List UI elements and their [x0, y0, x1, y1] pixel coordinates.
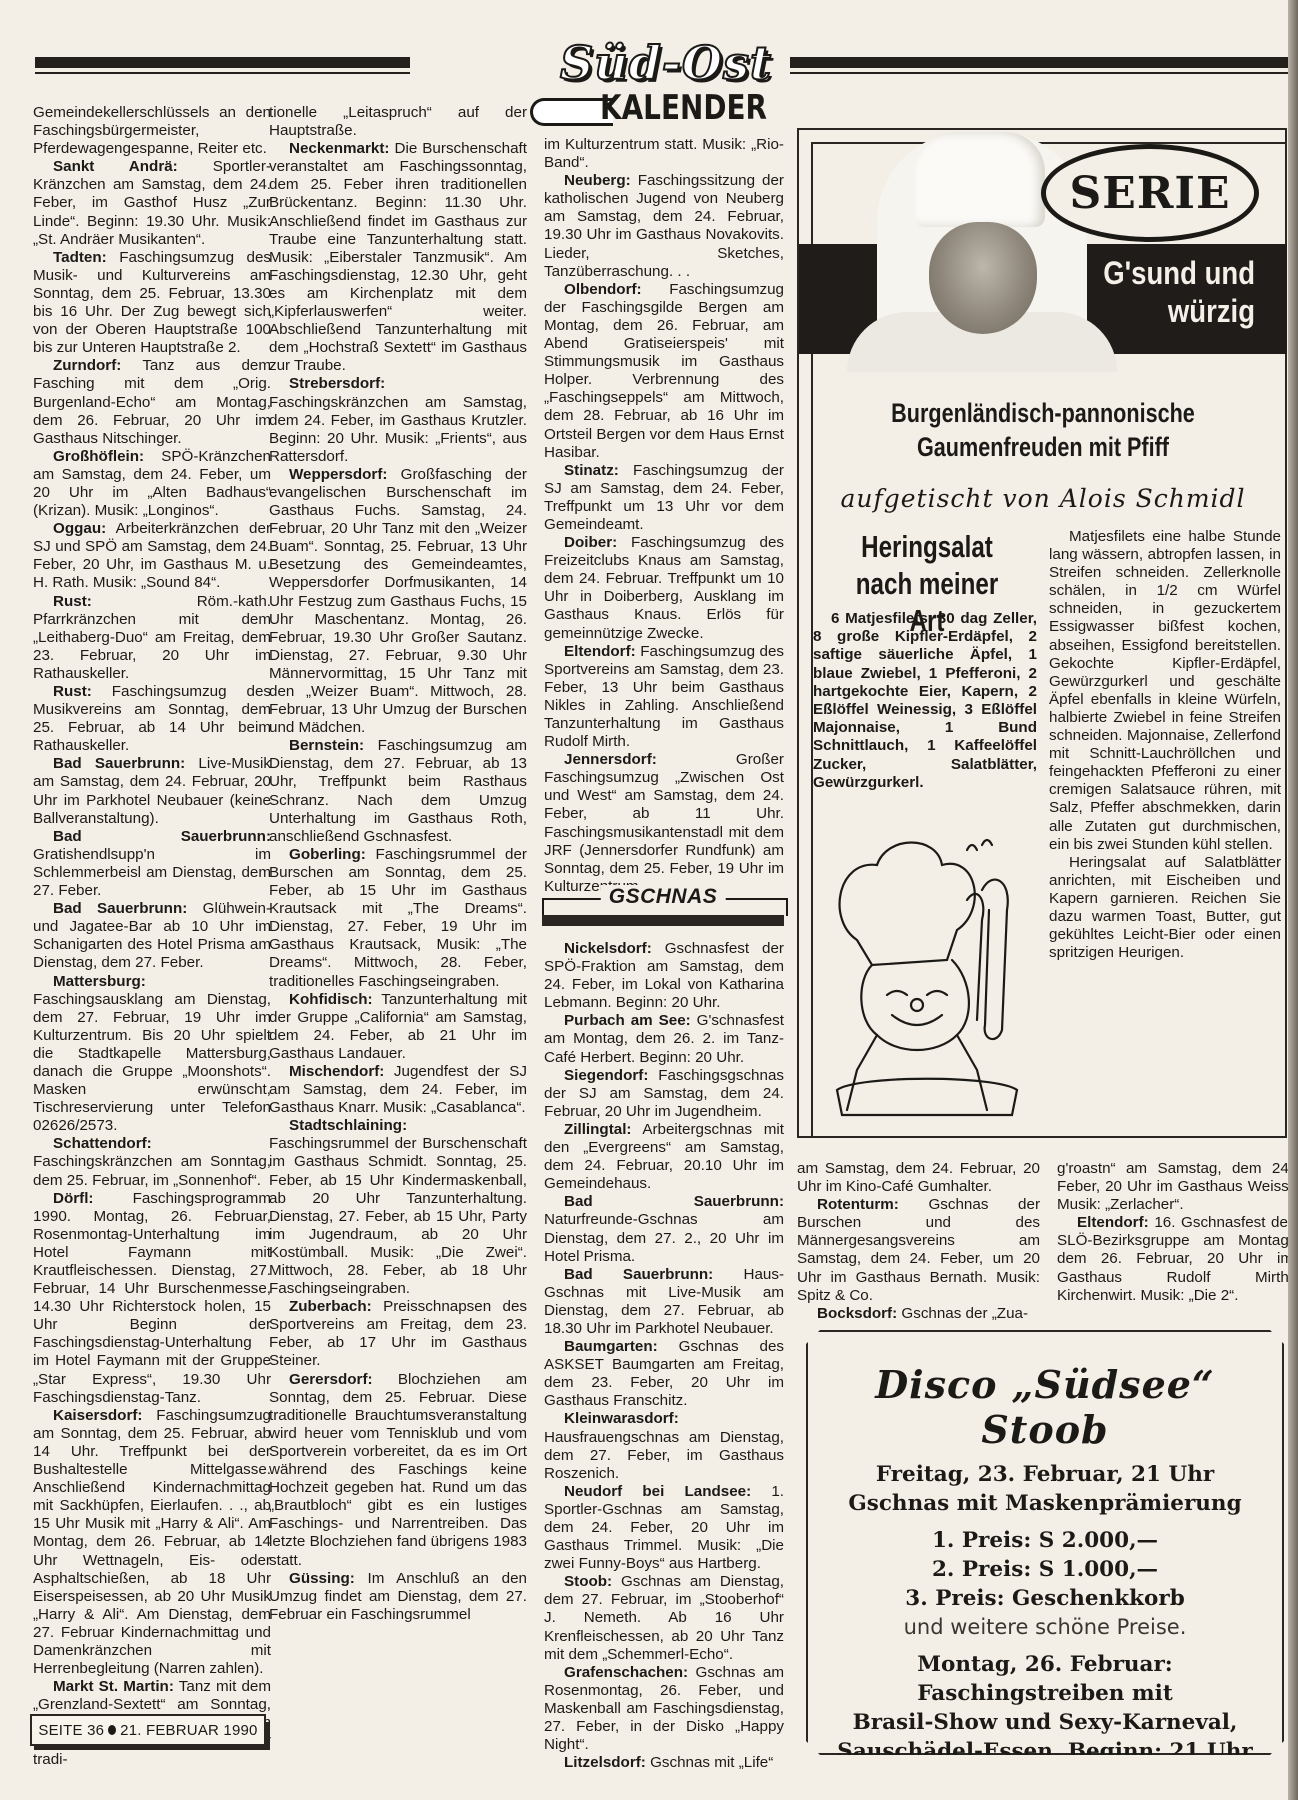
listing-entry: Mischendorf: Jugendfest der SJ am Samsta… — [269, 1063, 527, 1117]
ad-line: Faschingstreiben mit — [808, 1679, 1282, 1708]
listing-entry: Neckenmarkt: Die Burschenschaft veransta… — [269, 140, 527, 375]
listing-entry: Siegendorf: Faschingsgschnas der SJ am S… — [544, 1067, 784, 1121]
ad-line: Brasil-Show und Sexy-Karneval, — [808, 1708, 1282, 1737]
ad-prize: 1. Preis: S 2.000,— — [808, 1526, 1282, 1555]
masthead-rule-right — [790, 57, 1298, 74]
place-name: Strebersdorf: — [289, 375, 385, 392]
place-name: Mattersburg: — [53, 973, 146, 990]
dish-title-line-1: Heringsalat — [841, 528, 1013, 565]
place-name: Siegendorf: — [564, 1067, 648, 1084]
listing-entry: Sankt Andrä: Sportler-Kränzchen am Samst… — [33, 158, 271, 248]
listing-entry: Grafenschachen: Gschnas am Rosenmontag, … — [544, 1664, 784, 1754]
place-name: Zurndorf: — [53, 357, 121, 374]
listing-entry: Baumgarten: Gschnas des ASKSET Baumgarte… — [544, 1338, 784, 1410]
listing-entry: Bad Sauerbrunn: Glühwein- und Jagatee-Ba… — [33, 900, 271, 972]
place-name: Baumgarten: — [564, 1338, 658, 1355]
column-1: Gemeindekellerschlüssels an den Fasching… — [33, 104, 271, 1769]
listing-entry: Zurndorf: Tanz aus dem Fasching mit dem … — [33, 357, 271, 447]
entry-text: Naturfreunde-Gschnas am Dienstag, dem 27… — [544, 1211, 784, 1264]
place-name: Großhöflein: — [53, 448, 144, 465]
ad-prize: 3. Preis: Geschenkkorb — [808, 1584, 1282, 1613]
bullet-icon — [108, 1725, 116, 1735]
listing-entry: Zillingtal: Arbeitergschnas mit den „Eve… — [544, 1121, 784, 1193]
place-name: Rust: — [53, 593, 92, 610]
listing-entry: Eltendorf: 16. Gschnasfest der SLÖ-Bezir… — [1057, 1214, 1293, 1304]
column-4-right: g'roastn“ am Samstag, dem 24. Feber, 20 … — [1057, 1160, 1293, 1305]
place-name: Stoob: — [564, 1573, 612, 1590]
entry-text: Faschingsausklang am Dienstag, dem 27. F… — [33, 991, 271, 1135]
listing-entry: Oggau: Arbeiterkränzchen der SJ und SPÖ … — [33, 520, 271, 592]
chef-cartoon-illustration — [817, 830, 1039, 1120]
listing-entry: Nickelsdorf: Gschnasfest der SPÖ-Fraktio… — [544, 940, 784, 1012]
listing-entry: Gerersdorf: Blochziehen am Sonntag, dem … — [269, 1371, 527, 1570]
place-name: Markt St. Martin: — [53, 1678, 174, 1695]
listing-entry: Bad Sauerbrunn: Gratishendlsupp'n im Sch… — [33, 828, 271, 900]
ad-title: Disco „Südsee“ Stoob — [808, 1362, 1282, 1452]
place-name: Sankt Andrä: — [53, 158, 178, 175]
listing-entry: Tadten: Faschingsumzug des Musik- und Ku… — [33, 249, 271, 358]
listing-entry: Weppersdorf: Großfasching der evangelisc… — [269, 466, 527, 737]
entry-text: Faschingsrummel der Burschen am Sonntag,… — [269, 846, 527, 990]
listing-entry: Olbendorf: Faschingsumzug der Faschingsg… — [544, 281, 784, 462]
entry-text: Gschnas mit „Life“ — [650, 1754, 773, 1771]
listing-entry: tionelle „Leitaspruch“ auf der Hauptstra… — [269, 104, 527, 140]
listing-entry: Neudorf bei Landsee: 1. Sportler-Gschnas… — [544, 1483, 784, 1573]
entry-text: Gemeindekellerschlüssels an den Fasching… — [33, 104, 271, 157]
ad-prize: 2. Preis: S 1.000,— — [808, 1555, 1282, 1584]
listing-entry: Goberling: Faschingsrummel der Burschen … — [269, 846, 527, 991]
listing-entry: Schattendorf: Faschingskränzchen am Sonn… — [33, 1135, 271, 1189]
listing-entry: Kaisersdorf: Faschingsumzug am Sonntag, … — [33, 1407, 271, 1678]
listing-entry: Kleinwarasdorf: Hausfrauengschnas am Die… — [544, 1410, 784, 1482]
listing-entry: Kohfidisch: Tanzunterhaltung mit der Gru… — [269, 991, 527, 1063]
issue-date: 21. FEBRUAR 1990 — [120, 1722, 257, 1739]
place-name: Bad Sauerbrunn: — [53, 755, 185, 772]
ingredients-text: 6 Matjesfilets, 30 dag Zeller, 8 große K… — [813, 610, 1037, 792]
entry-text: g'roastn“ am Samstag, dem 24. Feber, 20 … — [1057, 1160, 1293, 1213]
banner-line-1: G'sund und — [1083, 254, 1255, 292]
recipe-headline: Burgenländisch-pannonische Gaumenfreuden… — [848, 396, 1238, 464]
entry-text: im Kulturzentrum statt. Musik: „Rio-Band… — [544, 136, 784, 171]
column-4-left: am Samstag, dem 24. Februar, 20 Uhr im K… — [797, 1160, 1040, 1323]
place-name: Schattendorf: — [53, 1135, 152, 1152]
ad-more-prizes: und weitere schöne Preise. — [808, 1613, 1282, 1642]
place-name: Weppersdorf: — [289, 466, 387, 483]
entry-text: Gschnas der „Zua- — [901, 1305, 1028, 1322]
place-name: Kleinwarasdorf: — [564, 1410, 679, 1427]
place-name: Zillingtal: — [564, 1121, 632, 1138]
listing-entry: Gemeindekellerschlüssels an den Fasching… — [33, 104, 271, 158]
place-name: Gerersdorf: — [289, 1371, 373, 1388]
listing-entry: Zuberbach: Preisschnapsen des Sportverei… — [269, 1298, 527, 1370]
listing-entry: Litzelsdorf: Gschnas mit „Life“ — [544, 1754, 784, 1772]
place-name: Stinatz: — [564, 462, 619, 479]
place-name: Tadten: — [53, 249, 107, 266]
place-name: Bad Sauerbrunn: — [564, 1193, 784, 1210]
entry-text: Die Burschenschaft veranstaltet am Fasch… — [269, 140, 527, 374]
rule-thick — [790, 57, 1298, 68]
spacer — [808, 1518, 1282, 1526]
listing-entry: Rotenturm: Gschnas der Burschen und des … — [797, 1196, 1040, 1305]
listing-entry: Jennersdorf: Großer Faschingsumzug „Zwis… — [544, 751, 784, 896]
serie-stamp: SERIE — [1041, 144, 1259, 242]
gschnas-section-header: GSCHNAS — [542, 885, 784, 929]
place-name: Litzelsdorf: — [564, 1754, 646, 1771]
page-number: SEITE 36 — [38, 1722, 104, 1739]
entry-text: Faschingskränzchen am Samstag, dem 24. F… — [269, 394, 527, 465]
place-name: Nickelsdorf: — [564, 940, 652, 957]
entry-text: Gratishendlsupp'n im Schlemmerbeisl am D… — [33, 846, 271, 899]
listing-entry: Bernstein: Faschingsumzug am Dienstag, d… — [269, 737, 527, 846]
masthead-rule-left — [35, 57, 410, 74]
place-name: Bad Sauerbrunn: — [53, 900, 187, 917]
place-name: Mischendorf: — [289, 1063, 384, 1080]
place-name: Rotenturm: — [817, 1196, 899, 1213]
entry-text: Faschingsprogramm 1990. Montag, 26. Febr… — [33, 1190, 271, 1406]
header-shade-bar — [542, 915, 784, 926]
ad-line: Sauschädel-Essen. Beginn: 21 Uhr — [808, 1737, 1282, 1766]
disco-advertisement: Disco „Südsee“ Stoob Freitag, 23. Februa… — [806, 1330, 1284, 1755]
place-name: Bad Sauerbrunn: — [564, 1266, 713, 1283]
place-name: Bocksdorf: — [817, 1305, 897, 1322]
ad-line: Freitag, 23. Februar, 21 Uhr — [808, 1460, 1282, 1489]
place-name: Stadtschlaining: — [289, 1117, 407, 1134]
ad-line: Montag, 26. Februar: — [808, 1650, 1282, 1679]
banner-text: G'sund und würzig — [1083, 254, 1255, 330]
place-name: Neuberg: — [564, 172, 631, 189]
listing-entry: Großhöflein: SPÖ-Kränzchen am Samstag, d… — [33, 448, 271, 520]
listing-entry: Eltendorf: Faschingsumzug des Sportverei… — [544, 643, 784, 752]
listing-entry: Purbach am See: G'schnasfest am Montag, … — [544, 1012, 784, 1066]
rule-thin — [35, 72, 410, 74]
place-name: Neckenmarkt: — [289, 140, 389, 157]
place-name: Dörfl: — [53, 1190, 94, 1207]
place-name: Neudorf bei Landsee: — [564, 1483, 751, 1500]
headline-line-2: Gaumenfreuden mit Pfiff — [848, 430, 1238, 464]
listing-entry: Mattersburg: Faschingsausklang am Dienst… — [33, 973, 271, 1136]
title-block: KALENDER — [600, 88, 767, 128]
listing-entry: Stoob: Gschnas am Dienstag, dem 27. Febr… — [544, 1573, 784, 1663]
entry-text: Faschingskränzchen am Sonntag, dem 25. F… — [33, 1153, 271, 1188]
place-name: Bad Sauerbrunn: — [53, 828, 271, 845]
badge-box: SEITE 36 21. FEBRUAR 1990 — [30, 1714, 266, 1746]
place-name: Kaisersdorf: — [53, 1407, 142, 1424]
masthead-title: Süd-Ost KALENDER — [530, 40, 775, 130]
listing-entry: Güssing: Im Anschluß an den Umzug findet… — [269, 1570, 527, 1624]
place-name: Grafenschachen: — [564, 1664, 688, 1681]
place-name: Doiber: — [564, 534, 617, 551]
place-name: Güssing: — [289, 1570, 355, 1587]
page-edge-shadow — [1288, 0, 1298, 1800]
banner-line-2: würzig — [1083, 292, 1255, 330]
listing-entry: Neuberg: Faschingssitzung der katholisch… — [544, 172, 784, 281]
entry-text: Großfasching der evangelischen Burschens… — [269, 466, 527, 736]
method-paragraph-1: Matjesfilets eine halbe Stunde lang wäss… — [1049, 528, 1281, 854]
listing-entry: Stinatz: Faschingsumzug der SJ am Samsta… — [544, 462, 784, 534]
place-name: Oggau: — [53, 520, 106, 537]
place-name: Rust: — [53, 683, 92, 700]
entry-text: Faschingsumzug der Faschingsgilde Bergen… — [544, 281, 784, 461]
chef-hat — [915, 132, 1045, 227]
entry-text: Faschingsumzug am Sonntag, dem 25. Febru… — [33, 1407, 271, 1677]
listing-entry: Rust: Röm.-kath. Pfarrkränzchen mit dem … — [33, 593, 271, 683]
method-paragraph-2: Heringsalat auf Salatblätter anrichten, … — [1049, 854, 1281, 963]
gschnas-list: Nickelsdorf: Gschnasfest der SPÖ-Fraktio… — [544, 940, 784, 1772]
entry-text: am Samstag, dem 24. Februar, 20 Uhr im K… — [797, 1160, 1040, 1195]
headline-line-1: Burgenländisch-pannonische — [848, 396, 1238, 430]
place-name: Bernstein: — [289, 737, 364, 754]
recipe-byline: aufgetischt von Alois Schmidl — [799, 484, 1287, 513]
place-name: Olbendorf: — [564, 281, 642, 298]
recipe-feature-box: SERIE G'sund und würzig Burgenländisch-p… — [797, 128, 1287, 1138]
title-script: Süd-Ost — [560, 36, 772, 90]
listing-entry: Bocksdorf: Gschnas der „Zua- — [797, 1305, 1040, 1323]
listing-entry: Bad Sauerbrunn: Haus-Gschnas mit Live-Mu… — [544, 1266, 784, 1338]
preparation-text: Matjesfilets eine halbe Stunde lang wäss… — [1049, 528, 1281, 962]
listing-entry: Rust: Faschingsumzug des Musikvereins am… — [33, 683, 271, 755]
entry-text: tionelle „Leitaspruch“ auf der Hauptstra… — [269, 104, 527, 139]
entry-text: Hausfrauengschnas am Dienstag, dem 27. F… — [544, 1429, 784, 1482]
rule-thin — [790, 72, 1298, 74]
listing-entry: Bad Sauerbrunn: Live-Musik am Samstag, d… — [33, 755, 271, 827]
page-footer-badge: SEITE 36 21. FEBRUAR 1990 — [30, 1714, 266, 1746]
place-name: Zuberbach: — [289, 1298, 372, 1315]
entry-text: Blochziehen am Sonntag, dem 25. Februar.… — [269, 1371, 527, 1569]
place-name: Eltendorf: — [1077, 1214, 1149, 1231]
column-2: tionelle „Leitaspruch“ auf der Hauptstra… — [269, 104, 527, 1624]
listing-entry: Bad Sauerbrunn: Naturfreunde-Gschnas am … — [544, 1193, 784, 1265]
column-3: im Kulturzentrum statt. Musik: „Rio-Band… — [544, 136, 784, 896]
entry-text: Großer Faschingsumzug „Zwischen Ost und … — [544, 751, 784, 895]
listing-entry: am Samstag, dem 24. Februar, 20 Uhr im K… — [797, 1160, 1040, 1196]
ad-line: Gschnas mit Maskenprämierung — [808, 1489, 1282, 1518]
listing-entry: g'roastn“ am Samstag, dem 24. Feber, 20 … — [1057, 1160, 1293, 1214]
rule-thick — [35, 57, 410, 68]
spacer — [808, 1642, 1282, 1650]
place-name: Kohfidisch: — [289, 991, 373, 1008]
listing-entry: Doiber: Faschingsumzug des Freizeitclubs… — [544, 534, 784, 643]
chef-face — [929, 222, 1037, 334]
listing-entry: im Kulturzentrum statt. Musik: „Rio-Band… — [544, 136, 784, 172]
section-title: GSCHNAS — [601, 885, 726, 909]
ingredients-list: 6 Matjesfilets, 30 dag Zeller, 8 große K… — [813, 610, 1037, 792]
place-name: Goberling: — [289, 846, 366, 863]
listing-entry: Strebersdorf: Faschingskränzchen am Sams… — [269, 375, 527, 465]
listing-entry: Stadtschlaining: Faschingsrummel der Bur… — [269, 1117, 527, 1298]
place-name: Eltendorf: — [564, 643, 636, 660]
place-name: Purbach am See: — [564, 1012, 691, 1029]
spacer — [808, 1452, 1282, 1460]
place-name: Jennersdorf: — [564, 751, 657, 768]
listing-entry: Dörfl: Faschingsprogramm 1990. Montag, 2… — [33, 1190, 271, 1407]
entry-text: Faschingsrummel der Burschenschaft im Ga… — [269, 1135, 527, 1297]
